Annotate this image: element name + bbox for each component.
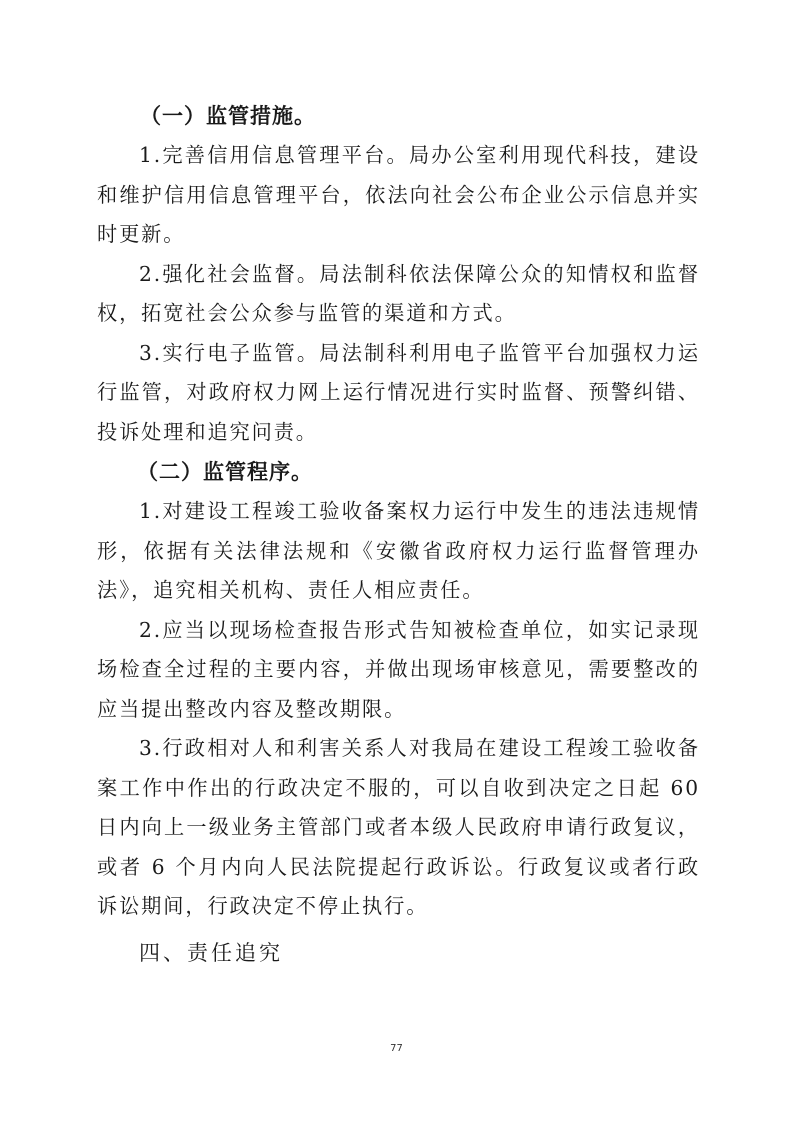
paragraph-credit-platform: 1.完善信用信息管理平台。局办公室利用现代科技，建设和维护信用信息管理平台，依法… (97, 136, 700, 255)
paragraph-violation-accountability: 1.对建设工程竣工验收备案权力运行中发生的违法违规情形，依据有关法律法规和《安徽… (97, 492, 700, 611)
subheading-supervision-measures: （一）监管措施。 (97, 96, 700, 136)
paragraph-electronic-supervision: 3.实行电子监管。局法制科利用电子监管平台加强权力运行监管，对政府权力网上运行情… (97, 334, 700, 453)
paragraph-administrative-review: 3.行政相对人和利害关系人对我局在建设工程竣工验收备案工作中作出的行政决定不服的… (97, 729, 700, 927)
subheading-supervision-procedure: （二）监管程序。 (97, 452, 700, 492)
section-heading-accountability: 四、责任追究 (97, 933, 700, 973)
document-page: （一）监管措施。 1.完善信用信息管理平台。局办公室利用现代科技，建设和维护信用… (97, 96, 700, 973)
paragraph-social-supervision: 2.强化社会监督。局法制科依法保障公众的知情权和监督权，拓宽社会公众参与监管的渠… (97, 255, 700, 334)
paragraph-onsite-inspection: 2.应当以现场检查报告形式告知被检查单位，如实记录现场检查全过程的主要内容，并做… (97, 611, 700, 730)
page-number: 77 (0, 1043, 793, 1054)
